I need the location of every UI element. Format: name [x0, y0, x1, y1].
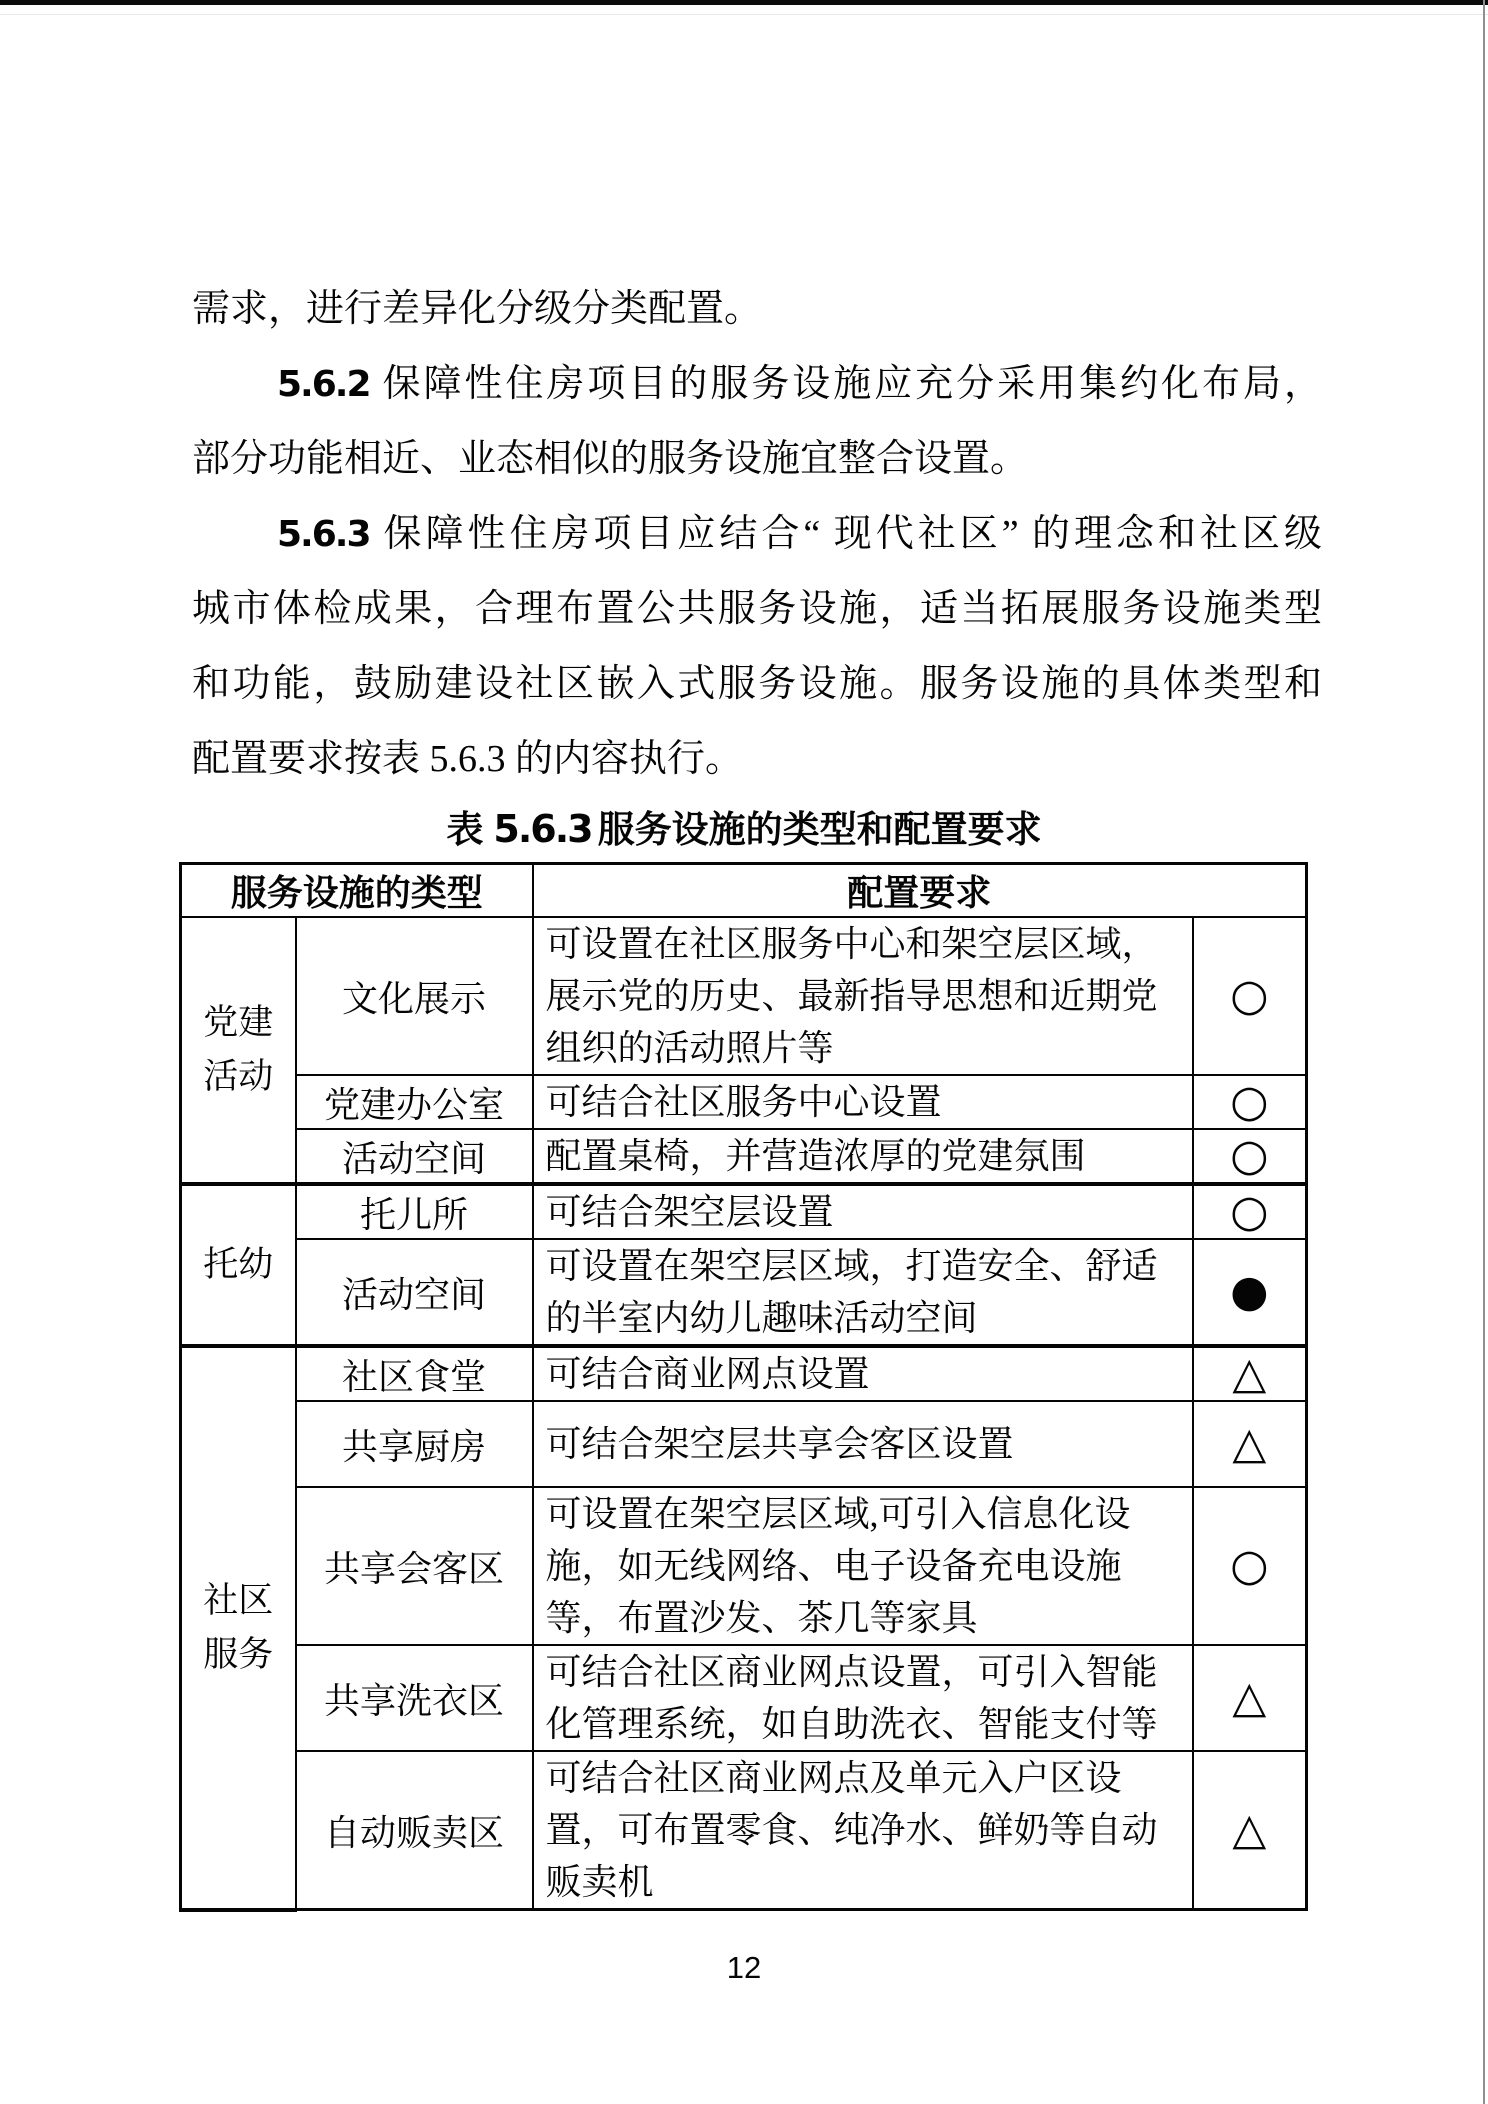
- table-row: 活动空间 可设置在架空层区域，打造安全、舒适的半室内幼儿趣味活动空间 ●: [181, 1239, 1307, 1346]
- page-right-edge-line: [1483, 0, 1485, 2104]
- paragraph-text: 保障性住房项目应结合“ 现代社区” 的理念和社区级: [380, 513, 1323, 555]
- page-number: 12: [0, 1950, 1488, 1986]
- table-caption-title: 服务设施的类型和配置要求: [598, 810, 1042, 851]
- table-header-type: 服务设施的类型: [181, 864, 533, 918]
- requirement-cell: 可结合商业网点设置: [533, 1346, 1193, 1401]
- requirement-cell: 配置桌椅，并营造浓厚的党建氛围: [533, 1129, 1193, 1184]
- table-row: 自动贩卖区 可结合社区商业网点及单元入户区设置，可布置零食、纯净水、鲜奶等自动贩…: [181, 1751, 1307, 1910]
- type-cell: 自动贩卖区: [296, 1751, 533, 1910]
- config-symbol: ○: [1193, 1487, 1307, 1645]
- config-symbol: ○: [1193, 917, 1307, 1075]
- config-symbol: ○: [1193, 1184, 1307, 1239]
- requirement-cell: 可结合社区商业网点设置，可引入智能化管理系统，如自助洗衣、智能支付等: [533, 1645, 1193, 1751]
- group-cell-party-building: 党建活动: [181, 917, 296, 1184]
- table-caption: 表5.6.3服务设施的类型和配置要求: [0, 798, 1488, 860]
- config-symbol: ●: [1193, 1239, 1307, 1346]
- config-symbol: ○: [1193, 1129, 1307, 1184]
- table-row: 共享厨房 可结合架空层共享会客区设置 △: [181, 1401, 1307, 1487]
- requirement-cell: 可设置在社区服务中心和架空层区域，展示党的历史、最新指导思想和近期党组织的活动照…: [533, 917, 1193, 1075]
- table-caption-prefix: 表: [446, 810, 483, 851]
- type-cell: 共享会客区: [296, 1487, 533, 1645]
- paragraph-text: 需求，进行差异化分级分类配置。: [192, 288, 762, 330]
- paragraph-text: 和功能，鼓励建设社区嵌入式服务设施。服务设施的具体类型和: [192, 663, 1322, 705]
- section-number: 5.6.2: [277, 364, 370, 405]
- table-row: 社区服务 社区食堂 可结合商业网点设置 △: [181, 1346, 1307, 1401]
- type-cell: 托儿所: [296, 1184, 533, 1239]
- paragraph-line: 需求，进行差异化分级分类配置。: [192, 272, 1322, 347]
- paragraph-text: 城市体检成果，合理布置公共服务设施，适当拓展服务设施类型: [192, 588, 1322, 630]
- paragraph-line: 部分功能相近、业态相似的服务设施宜整合设置。: [192, 422, 1322, 497]
- facilities-table: 服务设施的类型 配置要求 党建活动 文化展示 可设置在社区服务中心和架空层区域，…: [179, 862, 1308, 1912]
- table-header-requirement: 配置要求: [533, 864, 1307, 918]
- config-symbol: △: [1193, 1645, 1307, 1751]
- requirement-cell: 可结合架空层共享会客区设置: [533, 1401, 1193, 1487]
- section-number: 5.6.3: [277, 514, 370, 555]
- requirement-cell: 可结合社区服务中心设置: [533, 1075, 1193, 1129]
- table-row: 共享洗衣区 可结合社区商业网点设置，可引入智能化管理系统，如自助洗衣、智能支付等…: [181, 1645, 1307, 1751]
- paragraph-line: 5.6.2保障性住房项目的服务设施应充分采用集约化布局，: [192, 347, 1322, 422]
- type-cell: 社区食堂: [296, 1346, 533, 1401]
- table-row: 党建活动 文化展示 可设置在社区服务中心和架空层区域，展示党的历史、最新指导思想…: [181, 917, 1307, 1075]
- config-symbol: △: [1193, 1401, 1307, 1487]
- paragraph-line: 5.6.3保障性住房项目应结合“ 现代社区” 的理念和社区级: [192, 497, 1322, 572]
- config-symbol: △: [1193, 1346, 1307, 1401]
- group-cell-childcare: 托幼: [181, 1184, 296, 1346]
- requirement-cell: 可设置在架空层区域,可引入信息化设施，如无线网络、电子设备充电设施等，布置沙发、…: [533, 1487, 1193, 1645]
- type-cell: 活动空间: [296, 1129, 533, 1184]
- document-page: 需求，进行差异化分级分类配置。 5.6.2保障性住房项目的服务设施应充分采用集约…: [0, 0, 1488, 2104]
- body-text: 需求，进行差异化分级分类配置。 5.6.2保障性住房项目的服务设施应充分采用集约…: [192, 272, 1322, 797]
- requirement-cell: 可结合社区商业网点及单元入户区设置，可布置零食、纯净水、鲜奶等自动贩卖机: [533, 1751, 1193, 1910]
- page-top-hairline: [0, 14, 1488, 15]
- type-cell: 活动空间: [296, 1239, 533, 1346]
- table-row: 活动空间 配置桌椅，并营造浓厚的党建氛围 ○: [181, 1129, 1307, 1184]
- table-row: 党建办公室 可结合社区服务中心设置 ○: [181, 1075, 1307, 1129]
- table-row: 共享会客区 可设置在架空层区域,可引入信息化设施，如无线网络、电子设备充电设施等…: [181, 1487, 1307, 1645]
- table-caption-number: 5.6.3: [493, 807, 591, 851]
- paragraph-line: 配置要求按表 5.6.3 的内容执行。: [192, 722, 1322, 797]
- group-cell-community-service: 社区服务: [181, 1346, 296, 1910]
- config-symbol: ○: [1193, 1075, 1307, 1129]
- table-row: 托幼 托儿所 可结合架空层设置 ○: [181, 1184, 1307, 1239]
- type-cell: 共享洗衣区: [296, 1645, 533, 1751]
- paragraph-line: 和功能，鼓励建设社区嵌入式服务设施。服务设施的具体类型和: [192, 647, 1322, 722]
- type-cell: 党建办公室: [296, 1075, 533, 1129]
- paragraph-text: 部分功能相近、业态相似的服务设施宜整合设置。: [192, 438, 1028, 480]
- paragraph-text: 配置要求按表 5.6.3 的内容执行。: [192, 738, 743, 780]
- paragraph-text: 保障性住房项目的服务设施应充分采用集约化布局，: [380, 363, 1323, 405]
- paragraph-line: 城市体检成果，合理布置公共服务设施，适当拓展服务设施类型: [192, 572, 1322, 647]
- type-cell: 文化展示: [296, 917, 533, 1075]
- page-top-border: [0, 0, 1488, 5]
- type-cell: 共享厨房: [296, 1401, 533, 1487]
- requirement-cell: 可设置在架空层区域，打造安全、舒适的半室内幼儿趣味活动空间: [533, 1239, 1193, 1346]
- config-symbol: △: [1193, 1751, 1307, 1910]
- requirement-cell: 可结合架空层设置: [533, 1184, 1193, 1239]
- table-header-row: 服务设施的类型 配置要求: [181, 864, 1307, 918]
